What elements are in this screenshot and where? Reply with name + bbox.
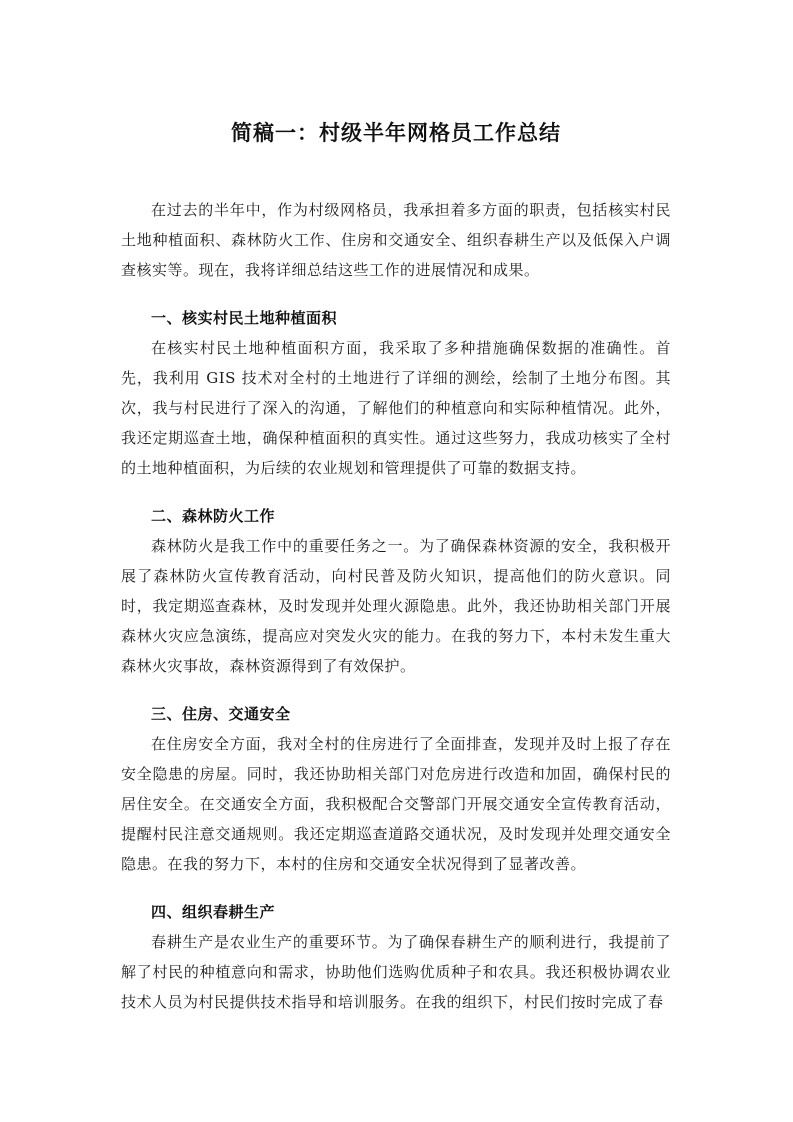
document-page: 简稿一：村级半年网格员工作总结 在过去的半年中，作为村级网格员，我承担着多方面的… bbox=[0, 0, 793, 1122]
section-heading-4: 四、组织春耕生产 bbox=[121, 897, 671, 927]
section-heading-2: 二、森林防火工作 bbox=[121, 501, 671, 531]
document-title: 简稿一：村级半年网格员工作总结 bbox=[121, 115, 671, 151]
section-forest-fire-prevention: 二、森林防火工作 森林防火是我工作中的重要任务之一。为了确保森林资源的安全，我积… bbox=[121, 501, 671, 681]
section-paragraph-4: 春耕生产是农业生产的重要环节。为了确保春耕生产的顺利进行，我提前了解了村民的种植… bbox=[121, 927, 671, 1017]
section-heading-1: 一、核实村民土地种植面积 bbox=[121, 303, 671, 333]
intro-paragraph: 在过去的半年中，作为村级网格员，我承担着多方面的职责，包括核实村民土地种植面积、… bbox=[121, 195, 671, 285]
section-housing-traffic-safety: 三、住房、交通安全 在住房安全方面，我对全村的住房进行了全面排查，发现并及时上报… bbox=[121, 699, 671, 879]
section-paragraph-3: 在住房安全方面，我对全村的住房进行了全面排查，发现并及时上报了存在安全隐患的房屋… bbox=[121, 729, 671, 879]
section-paragraph-2: 森林防火是我工作中的重要任务之一。为了确保森林资源的安全，我积极开展了森林防火宣… bbox=[121, 531, 671, 681]
section-paragraph-1: 在核实村民土地种植面积方面，我采取了多种措施确保数据的准确性。首先，我利用 GI… bbox=[121, 333, 671, 483]
section-land-verification: 一、核实村民土地种植面积 在核实村民土地种植面积方面，我采取了多种措施确保数据的… bbox=[121, 303, 671, 483]
section-spring-plowing: 四、组织春耕生产 春耕生产是农业生产的重要环节。为了确保春耕生产的顺利进行，我提… bbox=[121, 897, 671, 1017]
section-heading-3: 三、住房、交通安全 bbox=[121, 699, 671, 729]
